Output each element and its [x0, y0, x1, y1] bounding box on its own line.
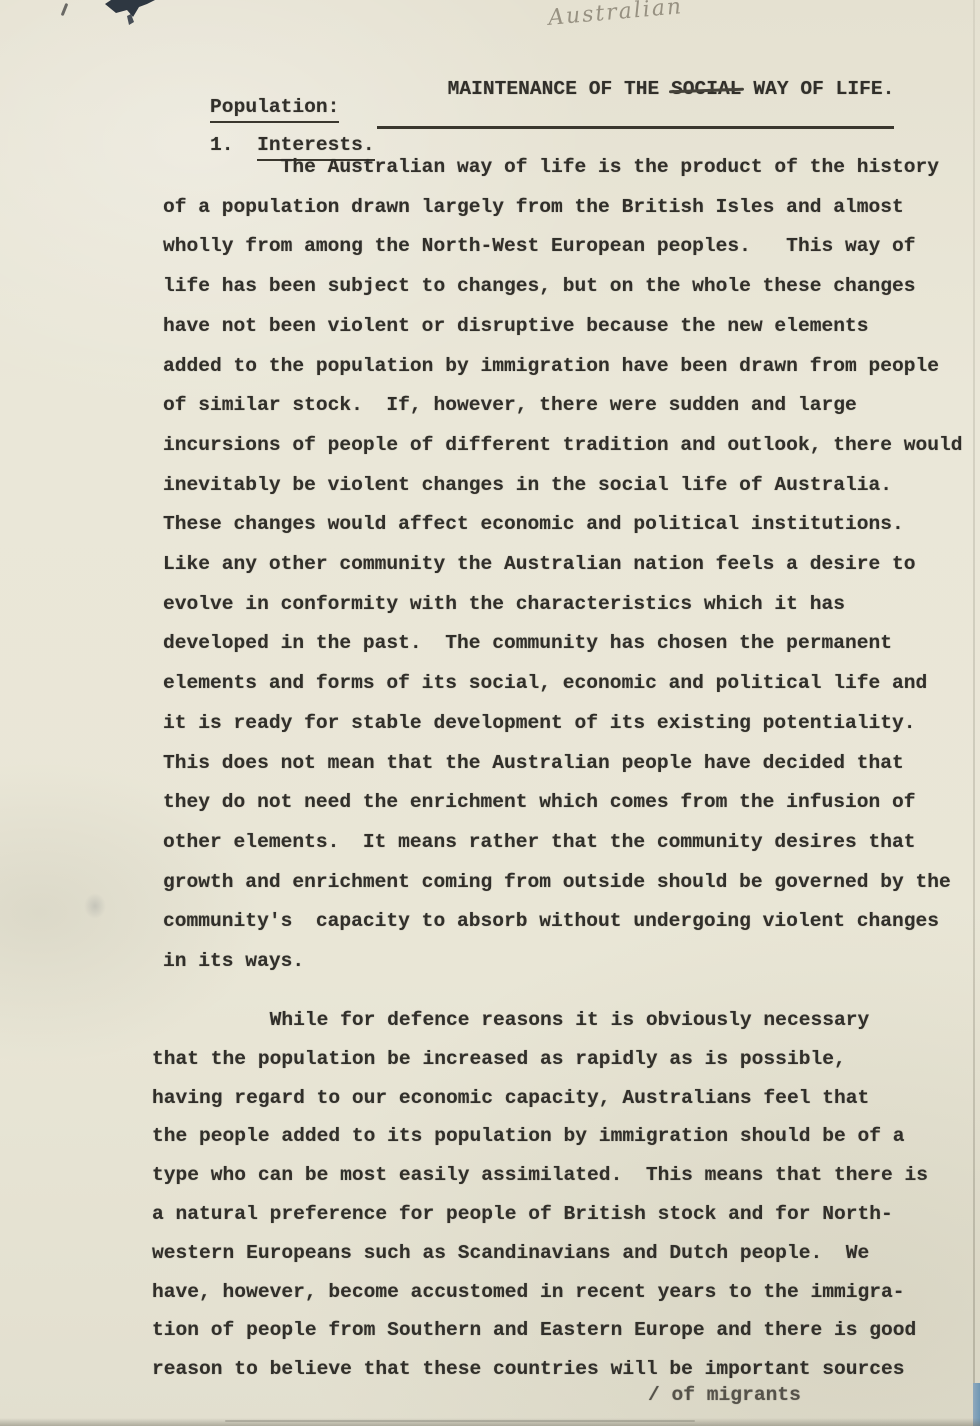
text-line: the people added to its population by im… — [152, 1117, 928, 1156]
paragraph-2: While for defence reasons it is obviousl… — [152, 1001, 928, 1389]
scanned-document-page: Australian MAINTENANCE OF THE SOCIAL WAY… — [0, 0, 980, 1426]
text-line: developed in the past. The community has… — [163, 624, 963, 664]
text-line: tion of people from Southern and Eastern… — [152, 1311, 928, 1350]
title-prefix: MAINTENANCE OF THE — [448, 78, 671, 100]
text-line: they do not need the enrichment which co… — [163, 783, 963, 823]
text-line: These changes would affect economic and … — [163, 505, 963, 545]
text-line: in its ways. — [163, 942, 963, 982]
text-line: community's capacity to absorb without u… — [163, 902, 963, 942]
handwritten-annotation: Australian — [547, 0, 684, 31]
text-line: of a population drawn largely from the B… — [163, 188, 963, 228]
text-line: wholly from among the North-West Europea… — [163, 227, 963, 267]
pen-mark — [61, 3, 69, 16]
text-line: it is ready for stable development of it… — [163, 704, 963, 744]
text-line: western Europeans such as Scandinavians … — [152, 1234, 928, 1273]
text-line: have not been violent or disruptive beca… — [163, 307, 963, 347]
text-line: evolve in conformity with the characteri… — [163, 585, 963, 625]
struck-word: SOCIAL — [671, 78, 742, 100]
text-line: Like any other community the Australian … — [163, 545, 963, 585]
text-line: type who can be most easily assimilated.… — [152, 1156, 928, 1195]
text-line: incursions of people of different tradit… — [163, 426, 963, 466]
title-suffix: WAY OF LIFE. — [742, 78, 895, 100]
text-line: have, however, become accustomed in rece… — [152, 1273, 928, 1312]
text-line: added to the population by immigration h… — [163, 347, 963, 387]
page-edge — [973, 0, 975, 1426]
text-line: a natural preference for people of Briti… — [152, 1195, 928, 1234]
ink-blot — [103, 0, 155, 28]
text-line: having regard to our economic capacity, … — [152, 1079, 928, 1118]
text-line: The Australian way of life is the produc… — [163, 148, 963, 188]
paragraph-1: The Australian way of life is the produc… — [163, 148, 963, 982]
document-title: MAINTENANCE OF THE SOCIAL WAY OF LIFE. — [330, 34, 894, 151]
text-line: While for defence reasons it is obviousl… — [152, 1001, 928, 1040]
text-line: This does not mean that the Australian p… — [163, 744, 963, 784]
text-line: life has been subject to changes, but on… — [163, 267, 963, 307]
text-line: growth and enrichment coming from outsid… — [163, 863, 963, 903]
text-line: reason to believe that these countries w… — [152, 1350, 928, 1389]
text-line: elements and forms of its social, econom… — [163, 664, 963, 704]
paper-smudge — [84, 893, 106, 919]
page-bottom-shadow — [0, 1418, 980, 1426]
text-line: of similar stock. If, however, there wer… — [163, 386, 963, 426]
text-line: inevitably be violent changes in the soc… — [163, 466, 963, 506]
catchword: / of migrants — [648, 1384, 801, 1406]
text-line: that the population be increased as rapi… — [152, 1040, 928, 1079]
text-line: other elements. It means rather that the… — [163, 823, 963, 863]
